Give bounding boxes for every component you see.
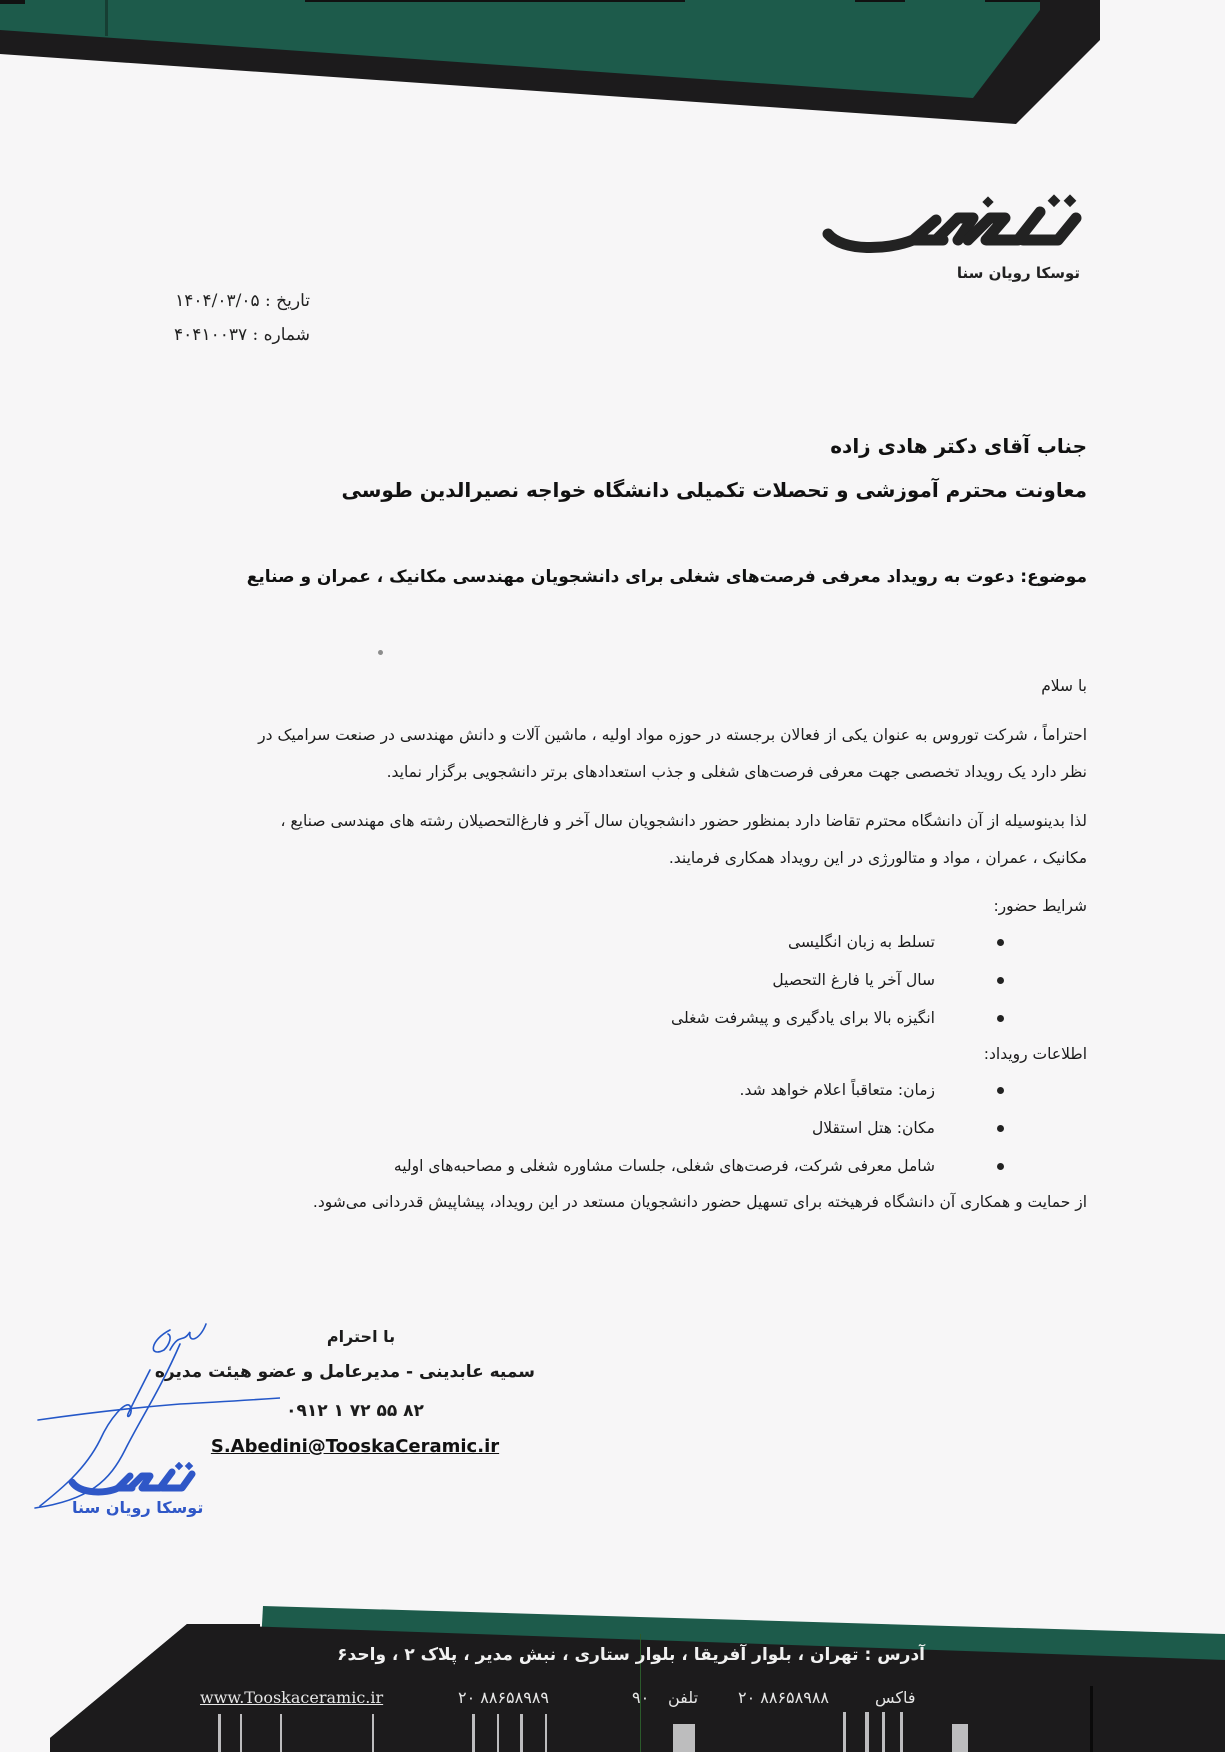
paragraph-1: احتراماً ، شرکت توروس به عنوان یکی از فع… — [137, 717, 1087, 791]
company-logo: توسکا رویان سنا — [800, 190, 1100, 290]
tooska-logo-icon — [818, 190, 1088, 260]
paragraph-1-line-2: نظر دارد یک رویداد تخصصی جهت معرفی فرصت‌… — [137, 754, 1087, 791]
footer-website-link[interactable]: www.Tooskaceramic.ir — [200, 1688, 383, 1707]
letter-subject: موضوع: دعوت به رویداد معرفی فرصت‌های شغل… — [227, 562, 1087, 592]
signer-name-title: سمیه عابدینی - مدیرعامل و عضو هیئت مدیره — [175, 1352, 535, 1392]
closing-sentence: از حمایت و همکاری آن دانشگاه فرهیخته برا… — [137, 1185, 1087, 1219]
date-value: ۱۴۰۴/۰۳/۰۵ — [175, 291, 260, 311]
signer-phone: ۰۹۱۲ ۱ ۷۲ ۵۵ ۸۲ — [175, 1392, 535, 1430]
paragraph-2-line-2: مکانیک ، عمران ، مواد و متالورژی در این … — [137, 840, 1087, 877]
addressee-block: جناب آقای دکتر هادی زاده معاونت محترم آم… — [267, 424, 1087, 512]
letter-body: با سلام احتراماً ، شرکت توروس به عنوان ی… — [137, 668, 1087, 1219]
header-bands-graphic — [0, 0, 1225, 140]
addressee-name: جناب آقای دکتر هادی زاده — [267, 424, 1087, 468]
number-label: شماره : — [253, 325, 311, 345]
footer-address: آدرس : تهران ، بلوار آفریقا ، بلوار ستار… — [337, 1645, 925, 1665]
letter-meta: تاریخ : ۱۴۰۴/۰۳/۰۵ شماره : ۴۰۴۱۰۰۳۷ — [130, 284, 310, 352]
logo-subtitle: توسکا رویان سنا — [957, 264, 1080, 282]
date-line: تاریخ : ۱۴۰۴/۰۳/۰۵ — [130, 284, 310, 318]
paragraph-2: لذا بدینوسیله از آن دانشگاه محترم تقاضا … — [137, 803, 1087, 877]
number-line: شماره : ۴۰۴۱۰۰۳۷ — [130, 318, 310, 352]
bullet-icon — [997, 977, 1004, 984]
list-item: تسلط به زبان انگلیسی — [137, 923, 1087, 961]
requirements-title: شرایط حضور: — [137, 889, 1087, 923]
bullet-icon — [997, 1163, 1004, 1170]
bullet-icon — [997, 1125, 1004, 1132]
stamp-text: توسکا رویان سنا — [72, 1498, 203, 1517]
header-decorative-bands — [0, 0, 1225, 140]
list-item: زمان: متعاقباً اعلام خواهد شد. — [137, 1071, 1087, 1109]
requirements-list: تسلط به زبان انگلیسی سال آخر یا فارغ الت… — [137, 923, 1087, 1037]
bullet-icon — [997, 1087, 1004, 1094]
list-item: سال آخر یا فارغ التحصیل — [137, 961, 1087, 999]
list-item: انگیزه بالا برای یادگیری و پیشرفت شغلی — [137, 999, 1087, 1037]
scan-speck — [378, 650, 383, 655]
stamp-logo-icon — [66, 1462, 196, 1498]
footer-phone-label: تلفن — [668, 1688, 698, 1707]
paragraph-1-line-1: احتراماً ، شرکت توروس به عنوان یکی از فع… — [137, 717, 1087, 754]
footer-fax-value: ۲۰ ۸۸۶۵۸۹۸۸ — [738, 1688, 829, 1707]
footer-phone-prefix: ۹۰ — [632, 1688, 649, 1707]
bullet-icon — [997, 1015, 1004, 1022]
footer-contacts: www.Tooskaceramic.ir ۲۰ ۸۸۶۵۸۹۸۹ ۹۰ تلفن… — [200, 1688, 910, 1718]
date-label: تاریخ : — [265, 291, 310, 311]
signer-email-link[interactable]: S.Abedini@TooskaCeramic.ir — [211, 1436, 499, 1457]
sign-regards: با احترام — [181, 1322, 541, 1352]
footer-fax-label: فاکس — [875, 1688, 916, 1707]
company-stamp: توسکا رویان سنا — [62, 1462, 212, 1532]
event-info-list: زمان: متعاقباً اعلام خواهد شد. مکان: هتل… — [137, 1071, 1087, 1185]
bullet-icon — [997, 939, 1004, 946]
list-item: مکان: هتل استقلال — [137, 1109, 1087, 1147]
footer-phone-value: ۲۰ ۸۸۶۵۸۹۸۹ — [458, 1688, 549, 1707]
greeting: با سلام — [137, 668, 1087, 705]
addressee-position: معاونت محترم آموزشی و تحصلات تکمیلی دانش… — [267, 468, 1087, 512]
event-info-title: اطلاعات رویداد: — [137, 1037, 1087, 1071]
number-value: ۴۰۴۱۰۰۳۷ — [174, 325, 247, 345]
paragraph-2-line-1: لذا بدینوسیله از آن دانشگاه محترم تقاضا … — [137, 803, 1087, 840]
list-item: شامل معرفی شرکت، فرصت‌های شغلی، جلسات مش… — [137, 1147, 1087, 1185]
signature-block: با احترام سمیه عابدینی - مدیرعامل و عضو … — [175, 1322, 535, 1464]
